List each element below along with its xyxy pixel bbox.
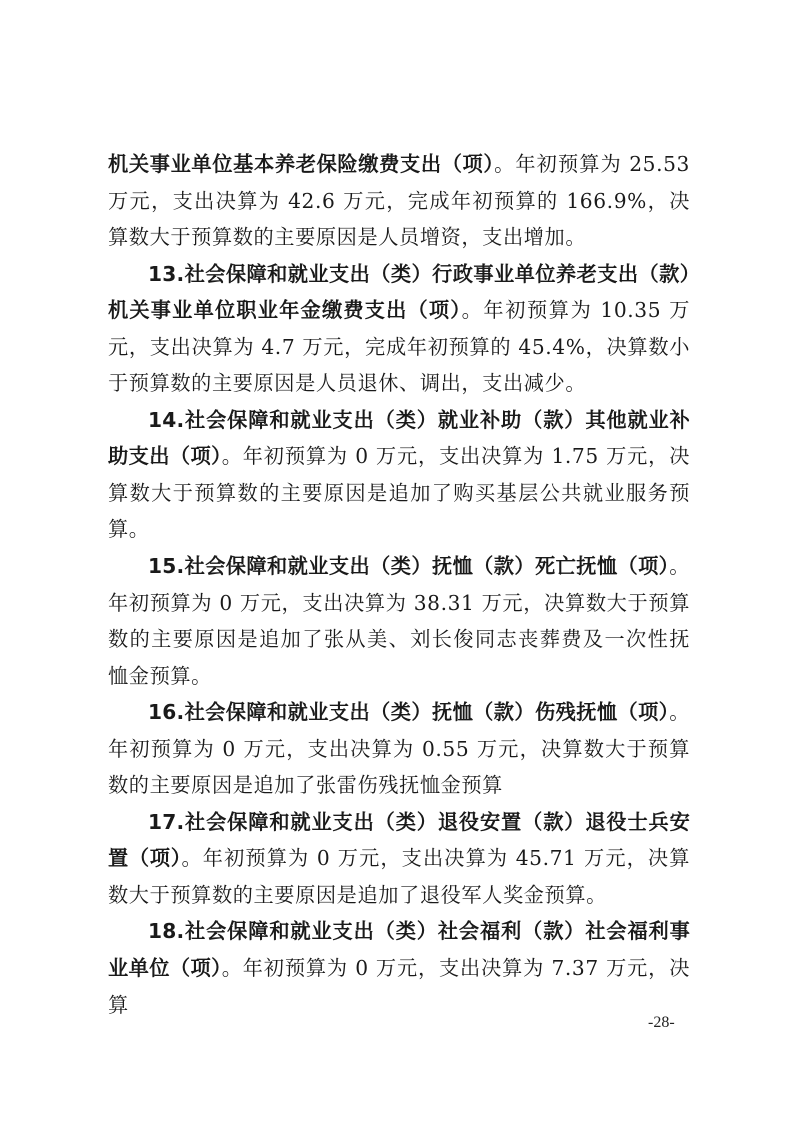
paragraph-item-17: 17.社会保障和就业支出（类）退役安置（款）退役士兵安置（项）。年初预算为 0 … [108, 804, 690, 914]
item-body: 。年初预算为 0 万元，支出决算为 45.71 万元，决算数大于预算数的主要原因… [108, 846, 690, 907]
document-page: 机关事业单位基本养老保险缴费支出（项）。年初预算为 25.53 万元，支出决算为… [0, 0, 793, 1122]
item-heading: 16.社会保障和就业支出（类）抚恤（款）伤残抚恤（项） [148, 700, 669, 724]
document-body: 机关事业单位基本养老保险缴费支出（项）。年初预算为 25.53 万元，支出决算为… [108, 146, 690, 1023]
paragraph-item-18: 18.社会保障和就业支出（类）社会福利（款）社会福利事业单位（项）。年初预算为 … [108, 913, 690, 1023]
item-heading: 15.社会保障和就业支出（类）抚恤（款）死亡抚恤（项） [148, 554, 669, 578]
paragraph-item-14: 14.社会保障和就业支出（类）就业补助（款）其他就业补助支出（项）。年初预算为 … [108, 402, 690, 548]
paragraph-item-15: 15.社会保障和就业支出（类）抚恤（款）死亡抚恤（项）。年初预算为 0 万元，支… [108, 548, 690, 694]
item-heading: 机关事业单位基本养老保险缴费支出（项） [108, 152, 494, 176]
page-number: -28- [648, 1014, 675, 1032]
paragraph-item-12-continued: 机关事业单位基本养老保险缴费支出（项）。年初预算为 25.53 万元，支出决算为… [108, 146, 690, 256]
paragraph-item-13: 13.社会保障和就业支出（类）行政事业单位养老支出（款）机关事业单位职业年金缴费… [108, 256, 690, 402]
paragraph-item-16: 16.社会保障和就业支出（类）抚恤（款）伤残抚恤（项）。年初预算为 0 万元，支… [108, 694, 690, 804]
